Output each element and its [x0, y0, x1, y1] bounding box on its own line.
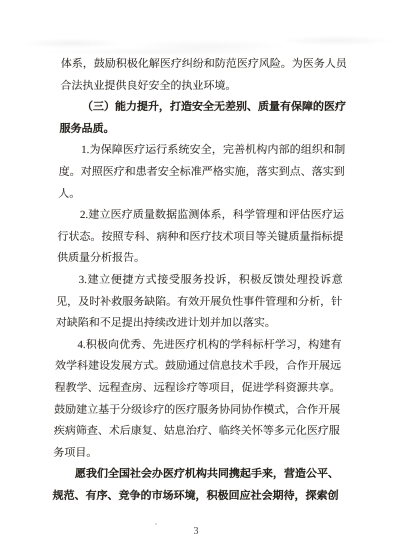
numbered-paragraph-2: 2.建立医疗质量数据监测体系，科学管理和评估医疗运行状态。按照专科、病种和医疗技… — [57, 205, 344, 270]
numbered-paragraph-4: 4.积极向优秀、先进医疗机构的学科标杆学习，构建有效学科建设发展方式。鼓励通过信… — [53, 335, 341, 465]
document-body: 体系，鼓励积极化解医疗纠纷和防范医疗风险。为医务人员合法执业提供良好安全的执业环… — [52, 54, 347, 507]
paragraph-continuation: 体系，鼓励积极化解医疗纠纷和防范医疗风险。为医务人员合法执业提供良好安全的执业环… — [60, 54, 347, 97]
numbered-paragraph-1: 1.为保障医疗运行系统安全，完善机构内部的组织和制度。对照医疗和患者安全标准严格… — [58, 140, 345, 205]
numbered-paragraph-3: 3.建立便捷方式接受服务投诉，积极反馈处理投诉意见，及时补救服务缺陷。有效开展负… — [56, 270, 343, 335]
page-number: 3 — [0, 526, 392, 537]
scan-noise-artifact — [0, 28, 400, 56]
scan-speck-artifact — [155, 523, 157, 525]
scanned-document-page: 体系，鼓励积极化解医疗纠纷和防范医疗风险。为医务人员合法执业提供良好安全的执业环… — [0, 0, 400, 551]
section-heading: （三）能力提升，打造安全无差别、质量有保障的医疗服务品质。 — [59, 97, 346, 140]
closing-paragraph: 愿我们全国社会办医疗机构共同携起手来，营造公平、规范、有序、竞争的市场环境，积极… — [52, 464, 339, 507]
